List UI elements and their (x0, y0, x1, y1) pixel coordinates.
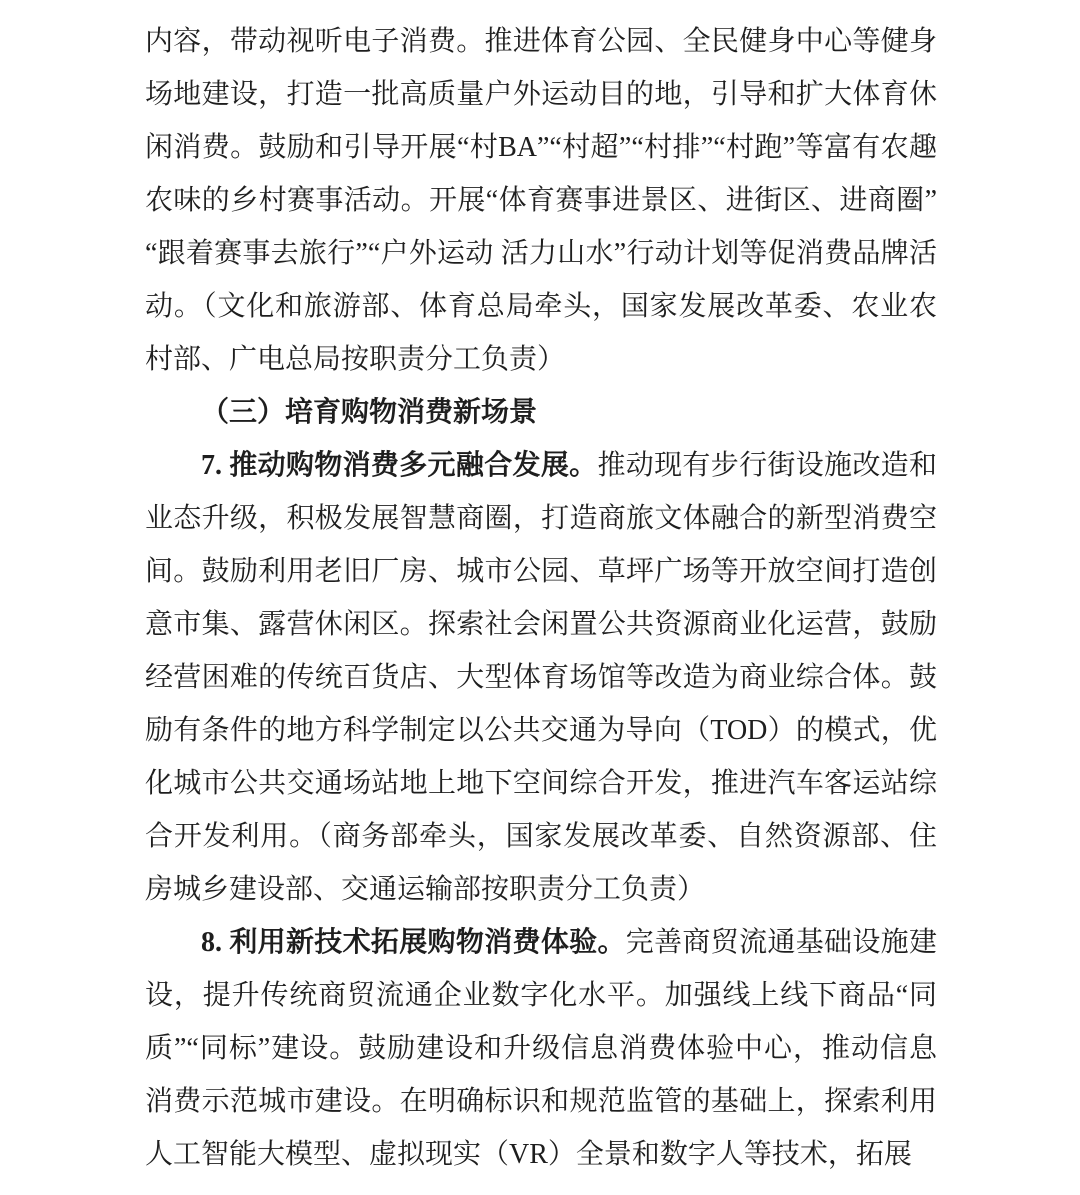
document-page: 内容，带动视听电子消费。推进体育公园、全民健身中心等健身场地建设，打造一批高质量… (0, 0, 1080, 1195)
numbered-item-7: 7. 推动购物消费多元融合发展。推动现有步行街设施改造和业态升级，积极发展智慧商… (145, 439, 937, 916)
item-7-body: 推动现有步行街设施改造和业态升级，积极发展智慧商圈，打造商旅文体融合的新型消费空… (145, 450, 937, 905)
item-8-body: 完善商贸流通基础设施建设，提升传统商贸流通企业数字化水平。加强线上线下商品“同质… (145, 927, 937, 1170)
numbered-item-8: 8. 利用新技术拓展购物消费体验。完善商贸流通基础设施建设，提升传统商贸流通企业… (145, 916, 937, 1181)
paragraph-continuation: 内容，带动视听电子消费。推进体育公园、全民健身中心等健身场地建设，打造一批高质量… (145, 15, 937, 386)
item-7-title: 7. 推动购物消费多元融合发展。 (201, 450, 597, 481)
item-8-title: 8. 利用新技术拓展购物消费体验。 (201, 927, 626, 958)
section-heading-3: （三）培育购物消费新场景 (145, 386, 937, 439)
